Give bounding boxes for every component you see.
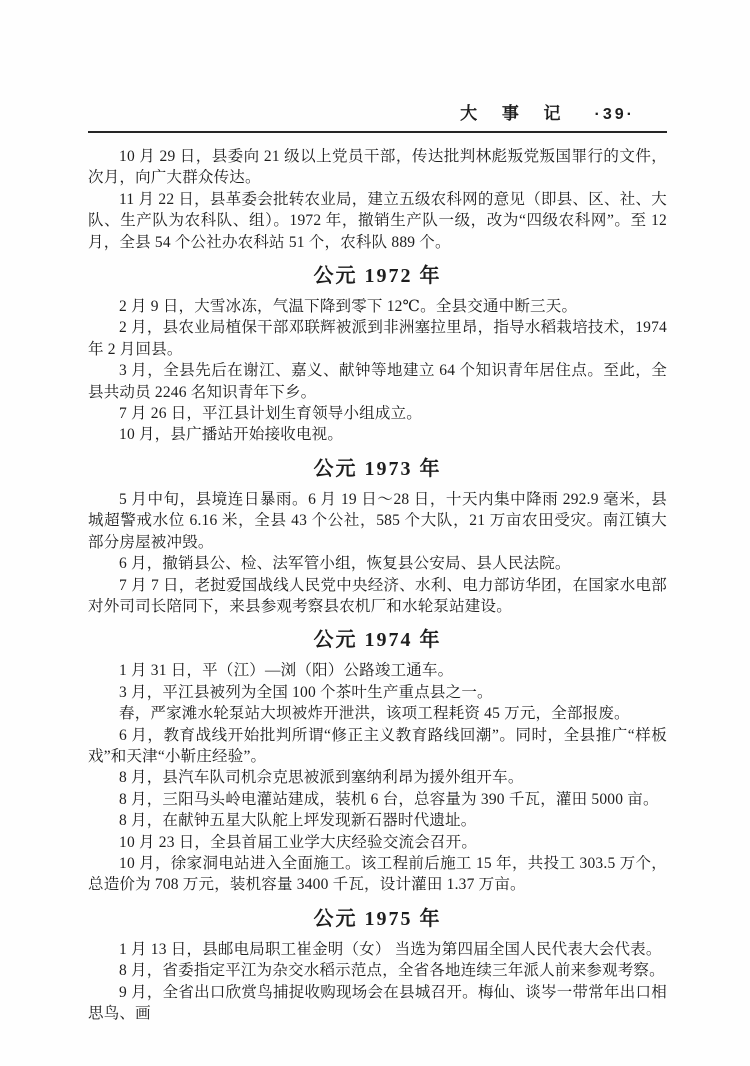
- entry-paragraph: 1 月 31 日，平（江）—浏（阳）公路竣工通车。: [88, 660, 667, 681]
- entry-paragraph: 春，严家滩水轮泵站大坝被炸开泄洪，该项工程耗资 45 万元，全部报废。: [88, 703, 667, 724]
- running-title: 大 事 记: [460, 104, 570, 123]
- entry-paragraph: 2 月 9 日，大雪冰冻，气温下降到零下 12℃。全县交通中断三天。: [88, 296, 667, 317]
- page-content: 大 事 记 ·39· 10 月 29 日，县委向 21 级以上党员干部，传达批判…: [0, 0, 750, 1024]
- page-body: 10 月 29 日，县委向 21 级以上党员干部，传达批判林彪叛党叛国罪行的文件…: [88, 146, 667, 1024]
- entry-paragraph: 10 月 23 日，全县首届工业学大庆经验交流会召开。: [88, 832, 667, 853]
- year-section: 10 月 29 日，县委向 21 级以上党员干部，传达批判林彪叛党叛国罪行的文件…: [88, 146, 667, 253]
- year-section: 公元 1974 年1 月 31 日，平（江）—浏（阳）公路竣工通车。3 月，平江…: [88, 627, 667, 895]
- page-header: 大 事 记 ·39·: [88, 104, 667, 124]
- scanned-page: 大 事 记 ·39· 10 月 29 日，县委向 21 级以上党员干部，传达批判…: [0, 0, 750, 1066]
- entry-paragraph: 1 月 13 日，县邮电局职工崔金明（女） 当选为第四届全国人民代表大会代表。: [88, 939, 667, 960]
- entry-paragraph: 8 月，三阳马头岭电灌站建成，装机 6 台，总容量为 390 千瓦，灌田 500…: [88, 789, 667, 810]
- entry-paragraph: 5 月中旬，县境连日暴雨。6 月 19 日～28 日，十天内集中降雨 292.9…: [88, 489, 667, 553]
- year-heading: 公元 1975 年: [88, 906, 667, 932]
- year-heading: 公元 1972 年: [88, 263, 667, 289]
- year-heading: 公元 1974 年: [88, 627, 667, 653]
- year-section: 公元 1975 年1 月 13 日，县邮电局职工崔金明（女） 当选为第四届全国人…: [88, 906, 667, 1025]
- entry-paragraph: 9 月，全省出口欣赏鸟捕捉收购现场会在县城召开。梅仙、谈岑一带常年出口相思鸟、画: [88, 982, 667, 1025]
- entry-paragraph: 3 月，全县先后在谢江、嘉义、献钟等地建立 64 个知识青年居住点。至此，全县共…: [88, 360, 667, 403]
- entry-paragraph: 10 月 29 日，县委向 21 级以上党员干部，传达批判林彪叛党叛国罪行的文件…: [88, 146, 667, 189]
- entry-paragraph: 7 月 7 日，老挝爱国战线人民党中央经济、水利、电力部访华团，在国家水电部对外…: [88, 575, 667, 618]
- entry-paragraph: 10 月，县广播站开始接收电视。: [88, 424, 667, 445]
- year-heading: 公元 1973 年: [88, 456, 667, 482]
- entry-paragraph: 8 月，省委指定平江为杂交水稻示范点，全省各地连续三年派人前来参观考察。: [88, 960, 667, 981]
- entry-paragraph: 6 月，撤销县公、检、法军管小组，恢复县公安局、县人民法院。: [88, 553, 667, 574]
- entry-paragraph: 8 月，县汽车队司机佘克思被派到塞纳利昂为援外组开车。: [88, 767, 667, 788]
- entry-paragraph: 3 月，平江县被列为全国 100 个茶叶生产重点县之一。: [88, 682, 667, 703]
- entry-paragraph: 6 月，教育战线开始批判所谓“修正主义教育路线回潮”。同时，全县推广“样板戏”和…: [88, 725, 667, 768]
- year-section: 公元 1972 年2 月 9 日，大雪冰冻，气温下降到零下 12℃。全县交通中断…: [88, 263, 667, 446]
- entry-paragraph: 7 月 26 日，平江县计划生育领导小组成立。: [88, 403, 667, 424]
- entry-paragraph: 2 月，县农业局植保干部邓联辉被派到非洲塞拉里昂，指导水稻栽培技术，1974 年…: [88, 317, 667, 360]
- header-rule: [88, 131, 667, 133]
- entry-paragraph: 10 月，徐家洞电站进入全面施工。该工程前后施工 15 年，共投工 303.5 …: [88, 853, 667, 896]
- page-number: ·39·: [595, 105, 635, 124]
- year-section: 公元 1973 年5 月中旬，县境连日暴雨。6 月 19 日～28 日，十天内集…: [88, 456, 667, 617]
- entry-paragraph: 11 月 22 日，县革委会批转农业局，建立五级农科网的意见（即县、区、社、大队…: [88, 189, 667, 253]
- entry-paragraph: 8 月，在献钟五星大队舵上坪发现新石器时代遗址。: [88, 810, 667, 831]
